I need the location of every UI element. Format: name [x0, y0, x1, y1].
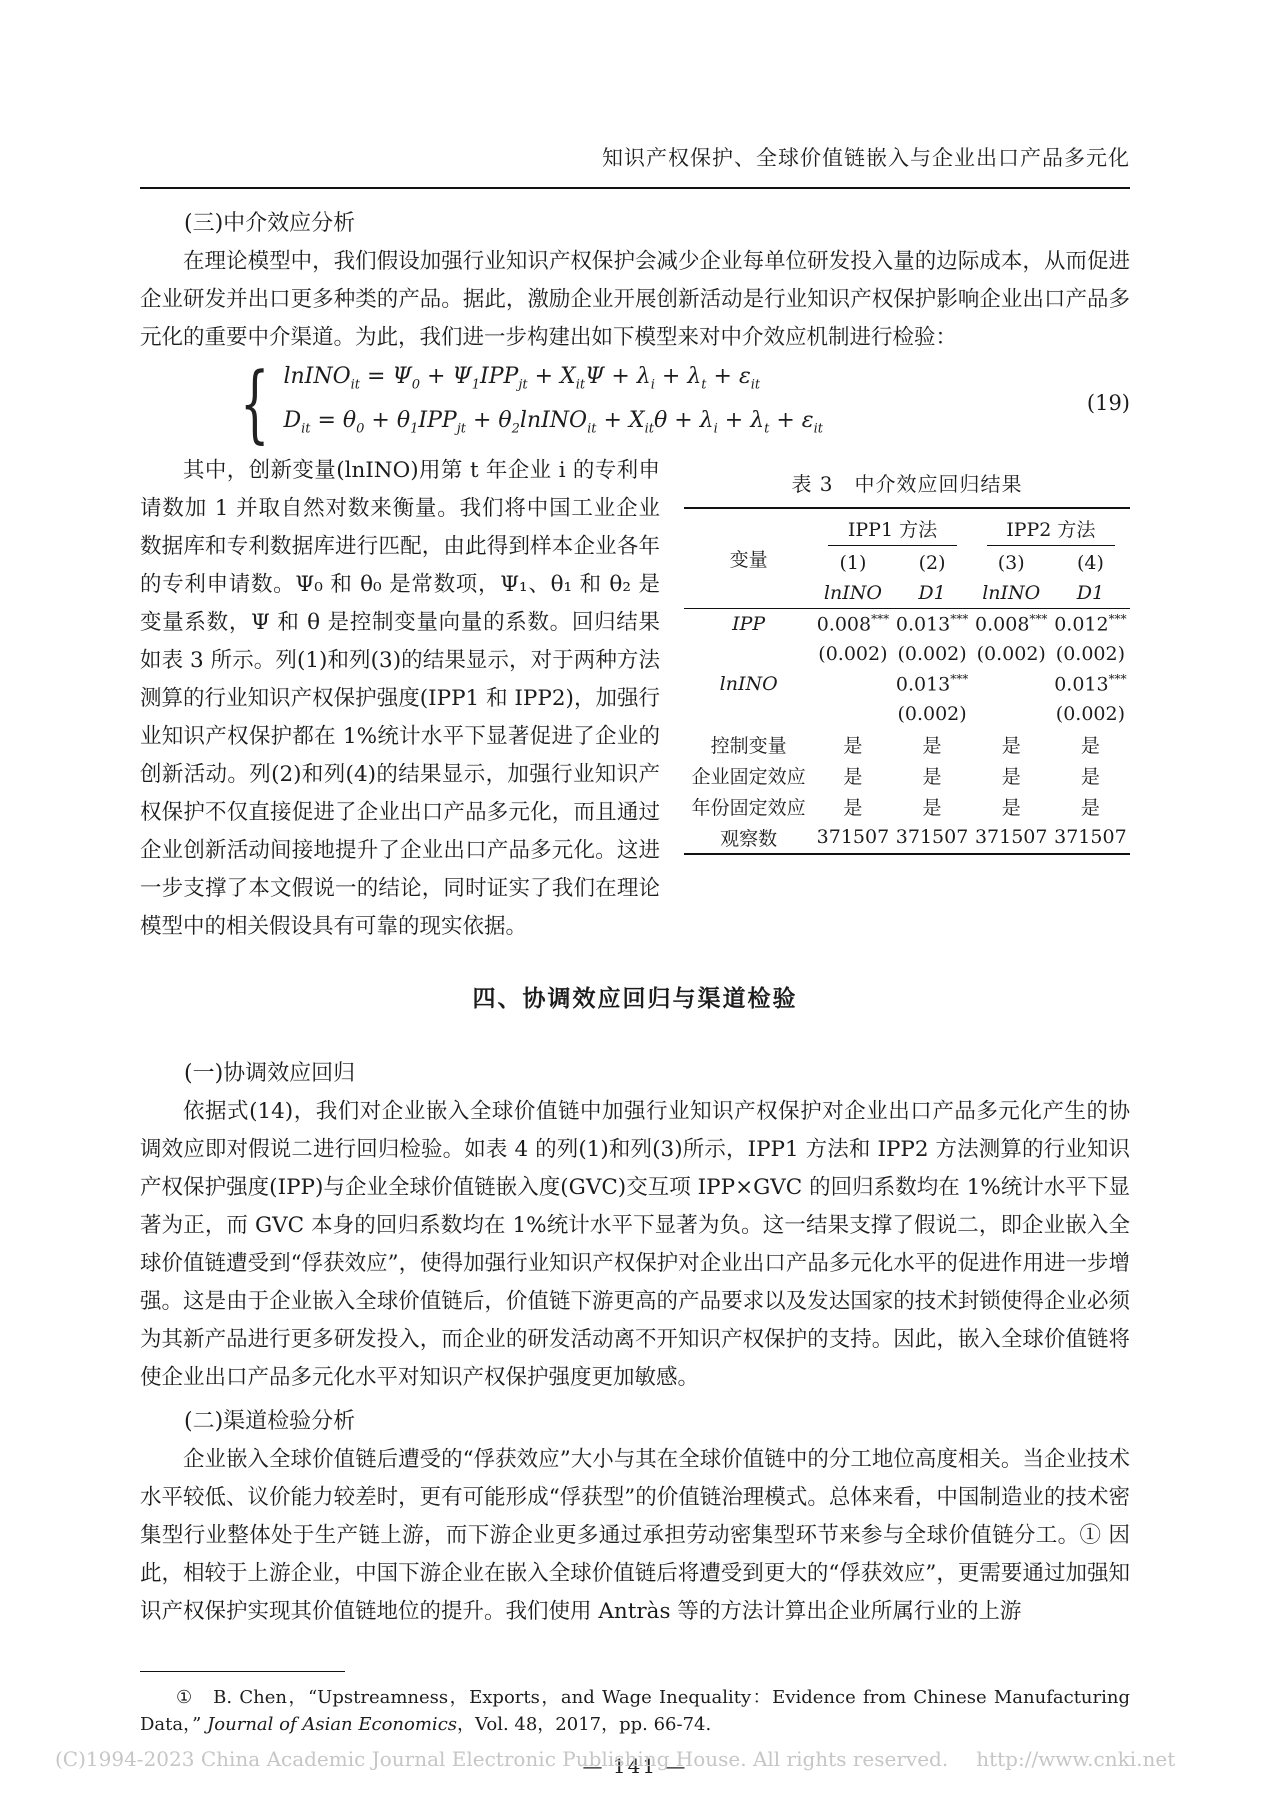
footnote-text: ① B. Chen，“Upstreamness，Exports，and Wage…	[140, 1684, 1130, 1738]
table-3: 变量IPP1 方法IPP2 方法(1)(2)(3)(4)lnINOD1lnINO…	[684, 507, 1130, 855]
table-row: (0.002)(0.002)	[684, 699, 1130, 729]
table-column-name: lnINO	[813, 578, 892, 609]
journal-page: 知识产权保护、全球价值链嵌入与企业出口产品多元化 (三)中介效应分析 在理论模型…	[0, 0, 1271, 1797]
table-cell: 是	[892, 760, 971, 791]
table-cell: 0.012***	[1051, 608, 1130, 639]
table-row: 企业固定效应是是是是	[684, 760, 1130, 791]
footnote-citation-end: ，Vol. 48，2017，pp. 66-74.	[457, 1714, 711, 1735]
watermark-url: http://www.cnki.net	[976, 1747, 1175, 1771]
table-row: lnINO0.013***0.013***	[684, 669, 1130, 699]
paragraph-channel: 企业嵌入全球价值链后遭受的“俘获效应”大小与其在全球价值链中的分工地位高度相关。…	[140, 1441, 1130, 1631]
table-cell: (0.002)	[972, 639, 1051, 669]
table-group-header: IPP2 方法	[972, 508, 1130, 548]
table-row-label	[684, 699, 813, 729]
footnote-journal-name: Journal of Asian Economics	[207, 1714, 457, 1735]
table-cell: 0.013***	[892, 608, 971, 639]
table-cell: 是	[892, 791, 971, 822]
table-3-caption: 表 3 中介效应回归结果	[684, 468, 1130, 497]
table-column-name: lnINO	[972, 578, 1051, 609]
subsection-heading-mediation: (三)中介效应分析	[140, 205, 1130, 243]
table-cell	[972, 669, 1051, 699]
publisher-watermark: (C)1994-2023 China Academic Journal Elec…	[55, 1747, 1175, 1771]
table-cell: 0.013***	[1051, 669, 1130, 699]
subsection-heading-coordination: (一)协调效应回归	[140, 1055, 1130, 1093]
table-row: 年份固定效应是是是是	[684, 791, 1130, 822]
table-row: 控制变量是是是是	[684, 729, 1130, 760]
paragraph-mediation-intro: 在理论模型中，我们假设加强行业知识产权保护会减少企业每单位研发投入量的边际成本，…	[140, 243, 1130, 357]
table-cell: (0.002)	[813, 639, 892, 669]
table-cell: (0.002)	[1051, 699, 1130, 729]
table-cell: (0.002)	[892, 699, 971, 729]
table-cell: 0.008***	[813, 608, 892, 639]
table-cell	[813, 669, 892, 699]
table-cell: 是	[892, 729, 971, 760]
table-row-label: IPP	[684, 608, 813, 639]
table-column-name: D1	[1051, 578, 1130, 609]
table-cell: 0.013***	[892, 669, 971, 699]
equation-number: (19)	[1087, 391, 1130, 415]
table-column-name: D1	[892, 578, 971, 609]
table-cell: 是	[813, 791, 892, 822]
table-row-label: 年份固定效应	[684, 791, 813, 822]
table-3-container: 表 3 中介效应回归结果 变量IPP1 方法IPP2 方法(1)(2)(3)(4…	[684, 452, 1130, 946]
table-cell: 是	[972, 729, 1051, 760]
table-group-header: IPP1 方法	[813, 508, 971, 548]
table-cell: 371507	[972, 822, 1051, 854]
table-row: 观察数371507371507371507371507	[684, 822, 1130, 854]
table-row: (0.002)(0.002)(0.002)(0.002)	[684, 639, 1130, 669]
table-cell: 是	[972, 760, 1051, 791]
footnote-block: ① B. Chen，“Upstreamness，Exports，and Wage…	[140, 1671, 1130, 1738]
table-cell: 0.008***	[972, 608, 1051, 639]
table-cell	[972, 699, 1051, 729]
table-cell	[813, 699, 892, 729]
table-cell: 371507	[892, 822, 971, 854]
equation-lines: lnINOit = Ψ0 + Ψ1IPPjt + XitΨ + λi + λt …	[283, 359, 823, 448]
table-column-number: (1)	[813, 548, 892, 578]
table-column-number: (4)	[1051, 548, 1130, 578]
table-cell: 是	[1051, 760, 1130, 791]
table-cell: 是	[1051, 729, 1130, 760]
table-cell: 是	[1051, 791, 1130, 822]
page-header: 知识产权保护、全球价值链嵌入与企业出口产品多元化	[140, 142, 1130, 189]
table-cell: (0.002)	[1051, 639, 1130, 669]
table-variable-header: 变量	[684, 508, 813, 609]
table-row-label: lnINO	[684, 669, 813, 699]
table-cell: 是	[813, 729, 892, 760]
table-cell: 是	[813, 760, 892, 791]
section-heading-4: 四、协调效应回归与渠道检验	[140, 980, 1130, 1013]
table-row-label: 企业固定效应	[684, 760, 813, 791]
subsection-heading-channel: (二)渠道检验分析	[140, 1403, 1130, 1441]
table-column-number: (2)	[892, 548, 971, 578]
table-column-number: (3)	[972, 548, 1051, 578]
running-head-title: 知识产权保护、全球价值链嵌入与企业出口产品多元化	[140, 142, 1130, 172]
equation-19: { lnINOit = Ψ0 + Ψ1IPPjt + XitΨ + λi + λ…	[140, 359, 1130, 448]
page-body: (三)中介效应分析 在理论模型中，我们假设加强行业知识产权保护会减少企业每单位研…	[140, 205, 1130, 1778]
table-row-label: 控制变量	[684, 729, 813, 760]
table-row-label: 观察数	[684, 822, 813, 854]
left-brace: {	[240, 361, 269, 445]
footnote-rule	[140, 1671, 345, 1672]
table-cell: 是	[972, 791, 1051, 822]
table-row-label	[684, 639, 813, 669]
two-column-zone: 其中，创新变量(lnINO)用第 t 年企业 i 的专利申请数加 1 并取自然对…	[140, 452, 1130, 946]
table-cell: 371507	[813, 822, 892, 854]
header-rule	[140, 187, 1130, 189]
table-row: IPP0.008***0.013***0.008***0.012***	[684, 608, 1130, 639]
table-cell: 371507	[1051, 822, 1130, 854]
watermark-text: (C)1994-2023 China Academic Journal Elec…	[55, 1747, 948, 1771]
paragraph-coordination: 依据式(14)，我们对企业嵌入全球价值链中加强行业知识产权保护对企业出口产品多元…	[140, 1093, 1130, 1397]
footnote-marker: ①	[176, 1687, 194, 1708]
paragraph-mediation-results: 其中，创新变量(lnINO)用第 t 年企业 i 的专利申请数加 1 并取自然对…	[140, 452, 660, 946]
table-cell: (0.002)	[892, 639, 971, 669]
